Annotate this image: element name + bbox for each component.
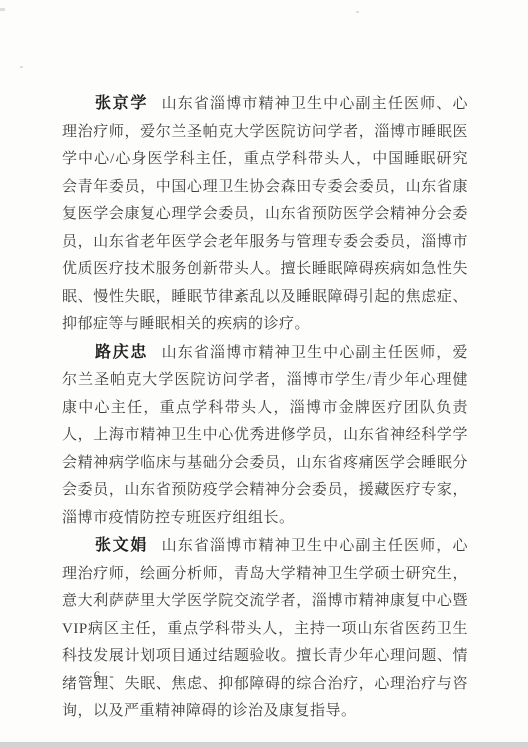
person-name: 张文娟 bbox=[95, 537, 148, 554]
scan-speck bbox=[20, 66, 23, 68]
scanned-document-page: 张京学山东省淄博市精神卫生中心副主任医师、心理治疗师，爱尔兰圣帕克大学医院访问学… bbox=[0, 0, 528, 747]
bio-text: 山东省淄博市精神卫生中心副主任医师，心理治疗师，绘画分析师，青岛大学精神卫生学硕… bbox=[62, 538, 468, 719]
scan-speck bbox=[356, 11, 359, 13]
bio-paragraph-zhang-jingxue: 张京学山东省淄博市精神卫生中心副主任医师、心理治疗师，爱尔兰圣帕克大学医院访问学… bbox=[62, 90, 468, 339]
bio-paragraph-zhang-wenjuan: 张文娟山东省淄博市精神卫生中心副主任医师，心理治疗师，绘画分析师，青岛大学精神卫… bbox=[62, 532, 468, 726]
scan-edge bbox=[0, 742, 528, 747]
bio-paragraph-lu-qingzhong: 路庆忠山东省淄博市精神卫生中心副主任医师，爱尔兰圣帕克大学医院访问学者，淄博市学… bbox=[62, 339, 468, 533]
person-name: 张京学 bbox=[95, 95, 148, 112]
bio-text: 山东省淄博市精神卫生中心副主任医师，爱尔兰圣帕克大学医院访问学者，淄博市学生/青… bbox=[62, 345, 468, 526]
scan-speck bbox=[0, 8, 5, 11]
person-name: 路庆忠 bbox=[95, 344, 148, 361]
bio-text: 山东省淄博市精神卫生中心副主任医师、心理治疗师，爱尔兰圣帕克大学医院访问学者，淄… bbox=[62, 96, 468, 332]
document-body: 张京学山东省淄博市精神卫生中心副主任医师、心理治疗师，爱尔兰圣帕克大学医院访问学… bbox=[62, 90, 468, 726]
page-number: - 6 - bbox=[80, 668, 117, 684]
